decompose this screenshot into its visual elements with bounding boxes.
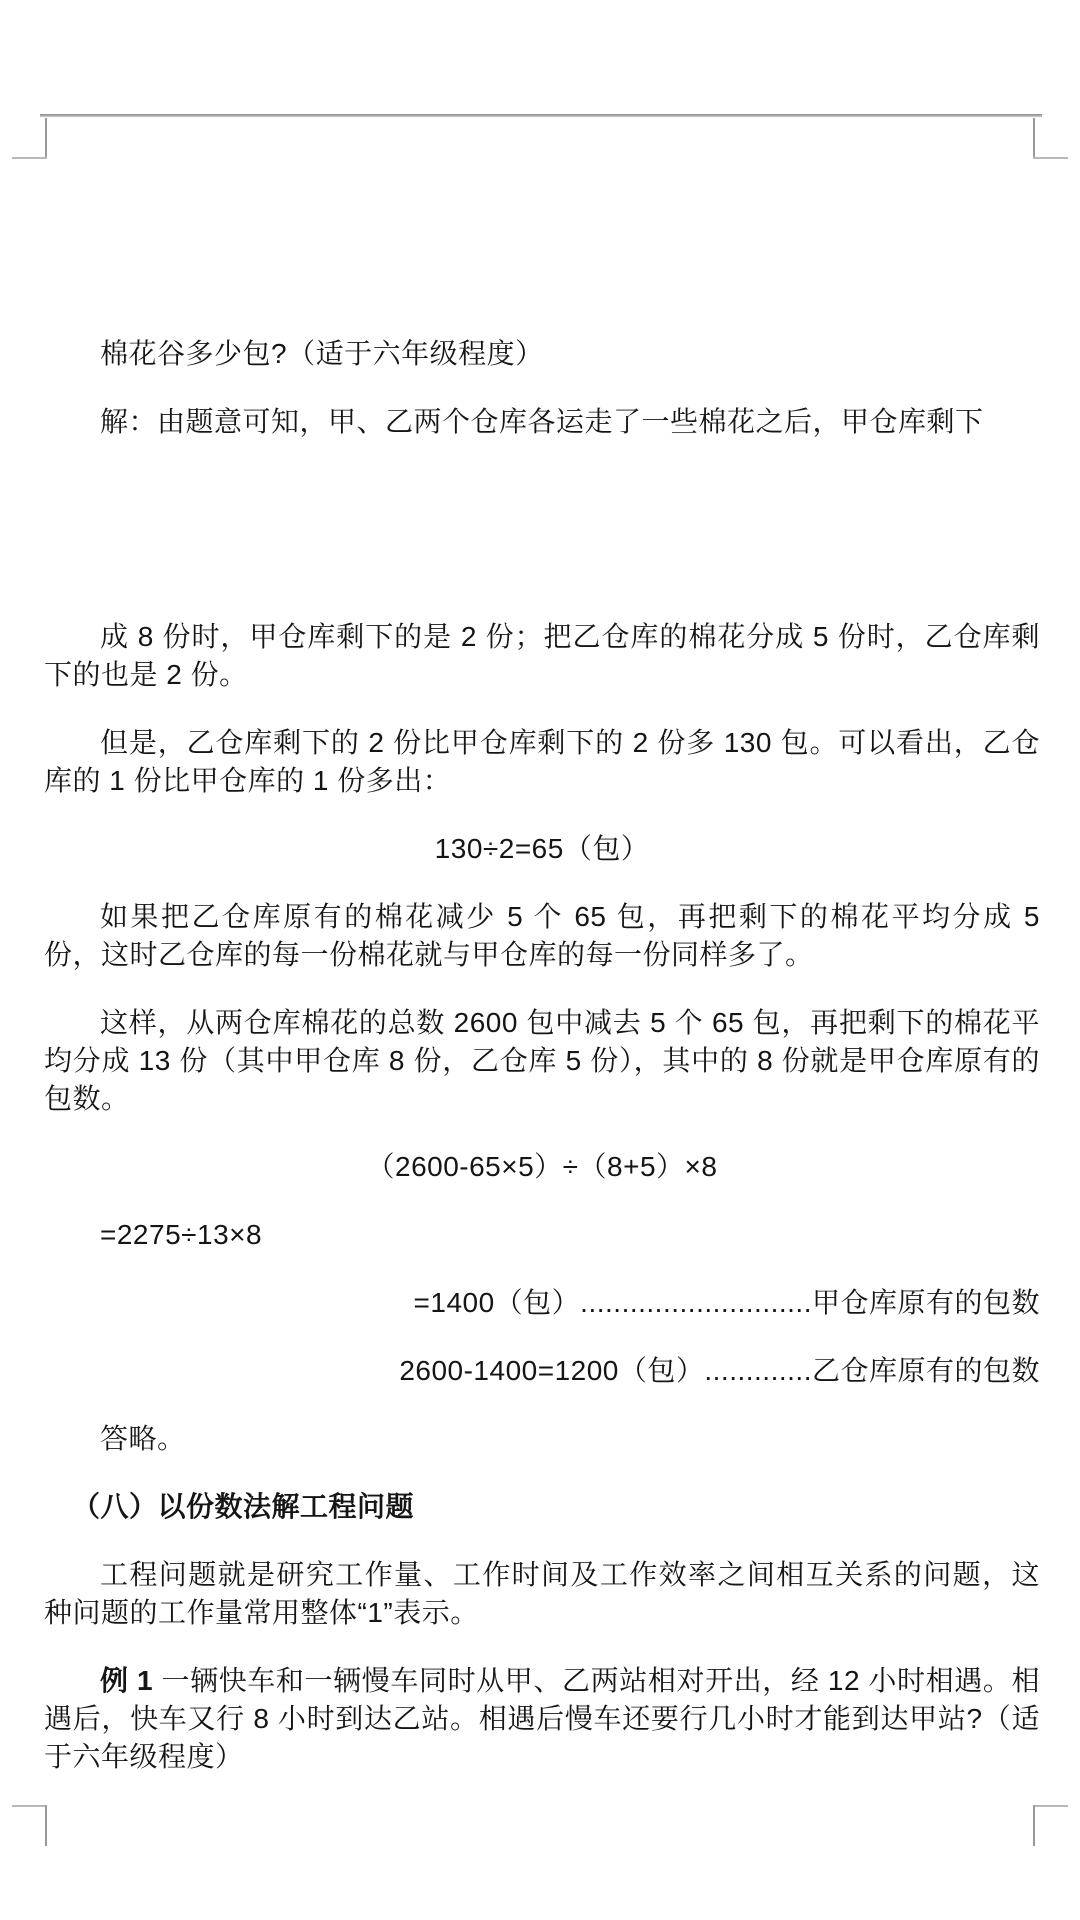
answer-line-warehouse-jia: =1400（包）............................甲仓库原…: [44, 1284, 1040, 1322]
paragraph-solution-start: 解：由题意可知，甲、乙两个仓库各运走了一些棉花之后，甲仓库剩下: [44, 403, 1040, 441]
crop-mark-bottom-right: [1033, 1805, 1035, 1846]
paragraph-reduce-explanation: 如果把乙仓库原有的棉花减少 5 个 65 包，再把剩下的棉花平均分成 5 份，这…: [44, 898, 1040, 974]
example-1-text: 一辆快车和一辆慢车同时从甲、乙两站相对开出，经 12 小时相遇。相遇后，快车又行…: [44, 1665, 1040, 1772]
answer-line-warehouse-yi: 2600-1400=1200（包）.............乙仓库原有的包数: [44, 1352, 1040, 1390]
paragraph-comparison: 但是，乙仓库剩下的 2 份比甲仓库剩下的 2 份多 130 包。可以看出，乙仓库…: [44, 724, 1040, 800]
example-1-label: 例 1: [100, 1665, 153, 1696]
formula-step-2: =2275÷13×8: [44, 1216, 1040, 1254]
paragraph-question: 棉花谷多少包?（适于六年级程度）: [44, 335, 1040, 373]
paragraph-engineering-intro: 工程问题就是研究工作量、工作时间及工作效率之间相互关系的问题，这种问题的工作量常…: [44, 1556, 1040, 1632]
formula-expression: （2600-65×5）÷（8+5）×8: [44, 1148, 1040, 1186]
paragraph-total-explanation: 这样，从两仓库棉花的总数 2600 包中减去 5 个 65 包，再把剩下的棉花平…: [44, 1004, 1040, 1118]
section-heading: （八）以份数法解工程问题: [44, 1488, 1040, 1526]
paragraph-example-1: 例 1 一辆快车和一辆慢车同时从甲、乙两站相对开出，经 12 小时相遇。相遇后，…: [44, 1662, 1040, 1776]
crop-mark-bottom-left: [45, 1805, 47, 1846]
paragraph-answer-omitted: 答略。: [44, 1420, 1040, 1458]
formula-division: 130÷2=65（包）: [44, 830, 1040, 868]
image-placeholder-gap: [44, 471, 1040, 588]
paragraph-solution-continued: 成 8 份时，甲仓库剩下的是 2 份；把乙仓库的棉花分成 5 份时，乙仓库剩下的…: [44, 618, 1040, 694]
document-page: 棉花谷多少包?（适于六年级程度） 解：由题意可知，甲、乙两个仓库各运走了一些棉花…: [0, 0, 1080, 1920]
document-content: 棉花谷多少包?（适于六年级程度） 解：由题意可知，甲、乙两个仓库各运走了一些棉花…: [0, 0, 1080, 1806]
